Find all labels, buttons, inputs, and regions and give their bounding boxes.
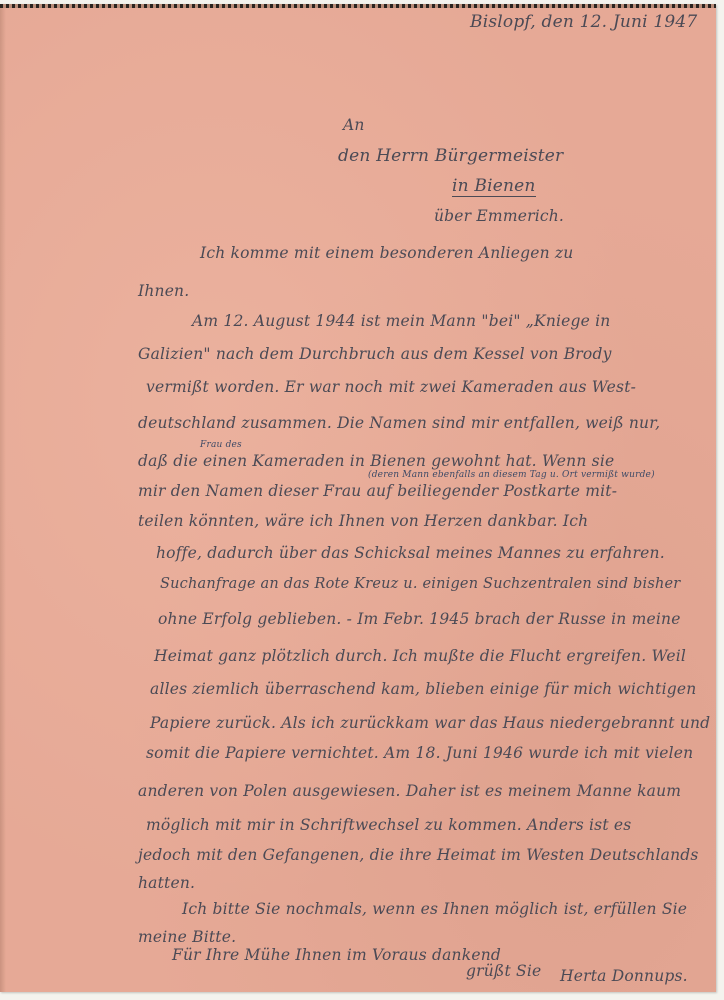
body-line-22: meine Bitte.	[138, 928, 236, 946]
letter-paper: Bislopf, den 12. Juni 1947 An den Herrn …	[0, 4, 716, 992]
body-line-14: alles ziemlich überraschend kam, blieben…	[150, 680, 696, 698]
body-line-17: anderen von Polen ausgewiesen. Daher ist…	[138, 782, 681, 800]
address-line-4: über Emmerich.	[434, 207, 564, 225]
body-line-3: Am 12. August 1944 ist mein Mann "bei" „…	[192, 312, 611, 330]
body-line-10: hoffe, dadurch über das Schicksal meines…	[156, 544, 665, 562]
body-line-4: Galizien" nach dem Durchbruch aus dem Ke…	[138, 345, 612, 363]
body-line-20: hatten.	[138, 874, 195, 892]
body-line-9: teilen könnten, wäre ich Ihnen von Herze…	[138, 512, 588, 530]
address-line-3: in Bienen	[452, 176, 536, 197]
body-line-5: vermißt worden. Er war noch mit zwei Kam…	[146, 378, 636, 396]
body-line-16: somit die Papiere vernichtet. Am 18. Jun…	[146, 744, 693, 762]
closing-line-2: grüßt Sie	[466, 962, 541, 980]
body-line-19: jedoch mit den Gefangenen, die ihre Heim…	[138, 846, 699, 864]
insertion-frau-des: Frau des	[200, 440, 242, 450]
body-line-21: Ich bitte Sie nochmals, wenn es Ihnen mö…	[182, 900, 687, 918]
address-line-2: den Herrn Bürgermeister	[338, 146, 563, 166]
body-line-7: daß die einen Kameraden in Bienen gewohn…	[138, 452, 614, 470]
body-line-6: deutschland zusammen. Die Namen sind mir…	[138, 414, 660, 432]
closing-line-1: Für Ihre Mühe Ihnen im Voraus dankend	[172, 946, 501, 964]
body-line-8: mir den Namen dieser Frau auf beiliegend…	[138, 482, 617, 500]
body-line-1: Ich komme mit einem besonderen Anliegen …	[200, 244, 573, 262]
body-line-13: Heimat ganz plötzlich durch. Ich mußte d…	[154, 647, 686, 665]
insertion-note: (deren Mann ebenfalls an diesem Tag u. O…	[368, 470, 655, 480]
address-line-1: An	[343, 116, 365, 134]
body-line-11: Suchanfrage an das Rote Kreuz u. einigen…	[160, 576, 680, 592]
body-line-18: möglich mit mir in Schriftwechsel zu kom…	[146, 816, 631, 834]
body-line-2: Ihnen.	[138, 282, 189, 300]
signature: Herta Donnups.	[560, 967, 688, 985]
place-date: Bislopf, den 12. Juni 1947	[470, 12, 697, 32]
perforated-edge	[0, 4, 716, 8]
body-line-15: Papiere zurück. Als ich zurückkam war da…	[150, 714, 710, 732]
body-line-12: ohne Erfolg geblieben. - Im Febr. 1945 b…	[158, 610, 681, 628]
